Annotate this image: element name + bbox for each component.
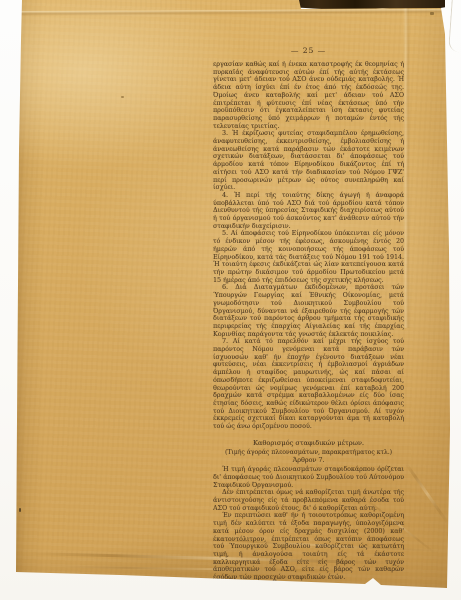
top-fold-crease bbox=[14, 9, 446, 16]
scanner-edge-line bbox=[448, 0, 461, 52]
article-paragraph-3: Έν περιπτώσει καθ' ήν ή τοιουτοτρόπως κα… bbox=[213, 512, 404, 581]
section-subheading: (Τιμής άγοράς πλεονασμάτων, παρακρατήματ… bbox=[213, 449, 404, 457]
paragraph-3: 3. Ή έκρίζωσις φυτείας σταφιδαμπέλου έρη… bbox=[213, 130, 404, 192]
paper-sheet: — 25 — εργασίαν καθώς καί ή ένεκα καταστ… bbox=[0, 0, 461, 600]
paragraph-5: 5. Αί άποφάσεις τού Είρηνοδίκου ύπόκειντ… bbox=[213, 230, 404, 284]
article-heading: Άρθρον 7. bbox=[213, 456, 404, 464]
corner-wrinkle bbox=[405, 462, 450, 524]
paper-speck bbox=[430, 12, 434, 15]
paragraph-6: 6. Διά Διαταγμάτων έκδιδομένων, προτάσει… bbox=[213, 284, 404, 338]
right-vertical-crease bbox=[403, 8, 410, 328]
article-paragraph-2: Δέν έπιτρέπεται όμως νά καθορίζεται τιμή… bbox=[213, 489, 404, 512]
article-paragraph-1: Ή τιμή άγοράς πλεονασμάτων σταφιδοκάρπου… bbox=[213, 466, 404, 489]
scanned-document-page: — 25 — εργασίαν καθώς καί ή ένεκα καταστ… bbox=[0, 0, 461, 600]
paper-speck bbox=[19, 508, 21, 512]
text-column: — 25 — εργασίαν καθώς καί ή ένεκα καταστ… bbox=[213, 46, 404, 582]
paragraph-7: 7. Αί κατά τό παρελθόν καί μέχρι τής ίσχ… bbox=[213, 338, 404, 430]
page-number: — 25 — bbox=[213, 46, 404, 55]
paragraph-continuation: εργασίαν καθώς καί ή ένεκα καταστροφής έ… bbox=[213, 61, 404, 130]
paragraph-4: 4. Ή περί τής τοιαύτης δίκης άγωγή ή άνα… bbox=[213, 192, 404, 231]
paper-speck bbox=[121, 96, 124, 98]
section-heading: Καθορισμός σταφιδικών μέτρων. bbox=[213, 439, 404, 447]
